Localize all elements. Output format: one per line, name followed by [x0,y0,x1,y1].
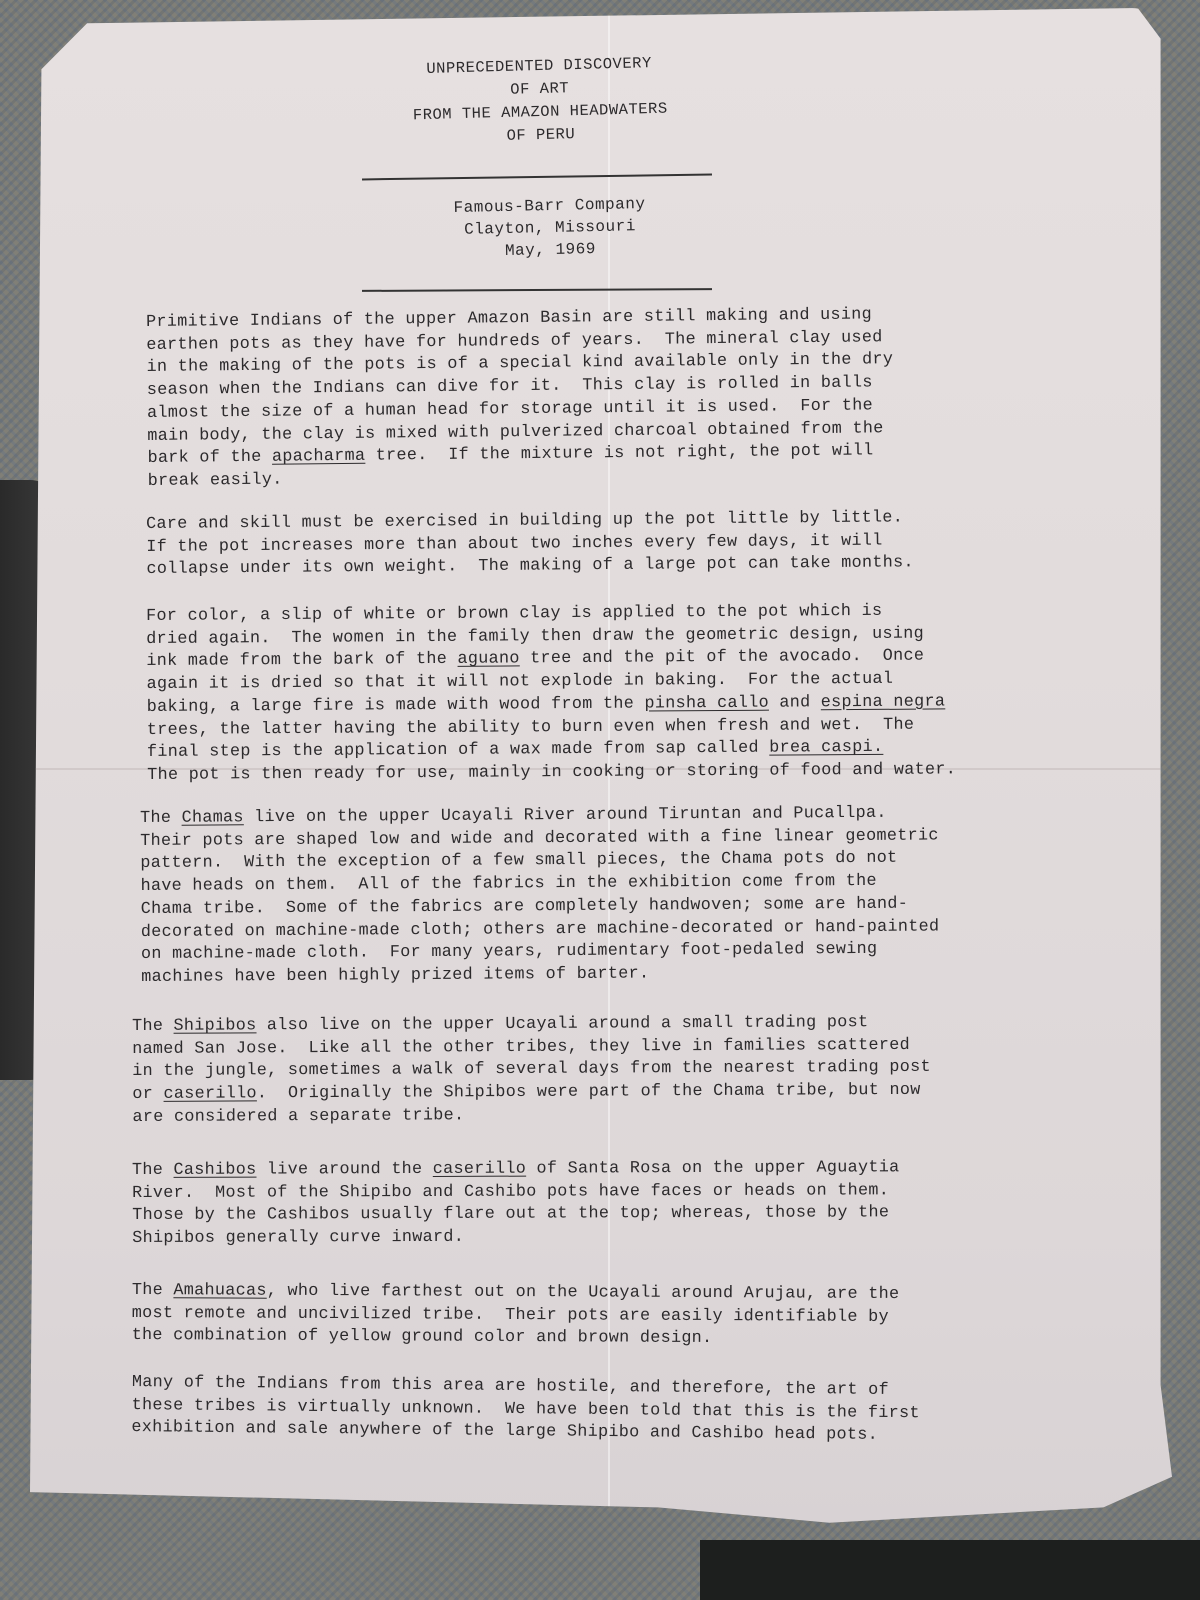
text-line: the combination of yellow ground color a… [132,1325,900,1352]
text-line: Those by the Cashibos usually flare out … [132,1203,900,1228]
paragraph-chamas: The Chamas live on the upper Ucayali Riv… [140,802,940,989]
paragraph-color-baking: For color, a slip of white or brown clay… [146,600,956,787]
text-line: machines have been highly prized items o… [141,961,940,989]
underlined-term: Amahuacas [173,1281,266,1300]
underlined-term: Chamas [181,808,243,827]
paragraph-pottery-clay: Primitive Indians of the upper Amazon Ba… [146,304,895,493]
text-line: Shipibos generally curve inward. [132,1225,900,1250]
text-line: River. Most of the Shipibo and Cashibo p… [132,1180,900,1205]
document: UNPRECEDENTED DISCOVERY OF ART FROM THE … [0,0,1200,1600]
paragraph-amahuacas: The Amahuacas, who live farthest out on … [132,1280,900,1352]
text-line: or caserillo. Originally the Shipibos we… [132,1080,931,1107]
issuer-block: Famous-Barr Company Clayton, Missouri Ma… [399,192,700,264]
underlined-term: caserillo [433,1160,526,1179]
underlined-term: Cashibos [173,1161,256,1180]
underlined-term: Shipibos [173,1016,256,1035]
divider-rule [362,288,712,291]
document-title: UNPRECEDENTED DISCOVERY OF ART FROM THE … [339,50,741,152]
underlined-term: aguano [457,650,519,669]
underlined-term: espina negra [821,692,946,712]
underlined-term: brea caspi. [769,738,883,758]
underlined-term: pinsha callo [644,693,769,713]
paragraph-closing: Many of the Indians from this area are h… [131,1372,920,1448]
underlined-term: caserillo [163,1084,256,1103]
underlined-term: apacharma [272,447,366,467]
text-line: The Cashibos live around the caserillo o… [132,1157,900,1182]
paragraph-shipibos: The Shipibos also live on the upper Ucay… [132,1012,931,1130]
text-line: are considered a separate tribe. [132,1103,931,1130]
text-line: The pot is then ready for use, mainly in… [147,759,956,787]
divider-rule [362,174,712,180]
paragraph-building-pot: Care and skill must be exercised in buil… [146,507,914,582]
paragraph-cashibos: The Cashibos live around the caserillo o… [132,1157,900,1250]
